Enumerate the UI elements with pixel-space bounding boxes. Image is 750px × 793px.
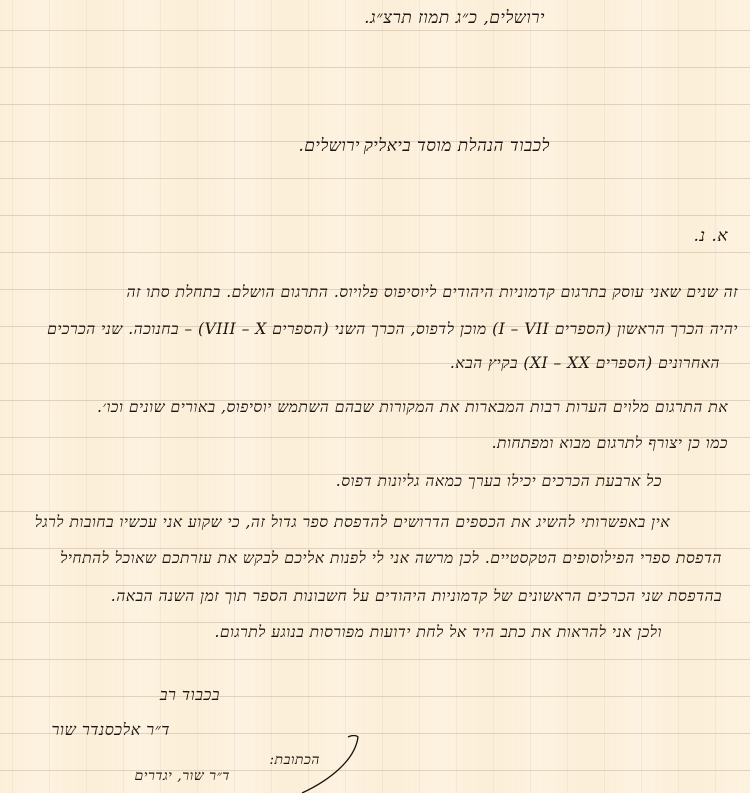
paragraph-2-line-2: כמו כן יצורף לתרגום מבוא ומפתחות. (492, 434, 728, 453)
paragraph-2-line-1: את התרגום מלוים הערות רבות המבארות את המ… (97, 398, 728, 417)
paragraph-1-line-2: יהיה הכרך הראשון (הספרים I – VII) מוכן ל… (47, 320, 738, 339)
paragraph-4-line-4: ולכן אני להראות את כתב היד אל לחת ידועות… (214, 623, 662, 642)
ruled-paper-background (0, 0, 750, 793)
salutation: א. נ. (694, 226, 728, 246)
addressee-city: ירושלים. (298, 136, 360, 156)
paragraph-4-line-3: בהדפסת שני הכרכים הראשונים של קדמוניות ה… (111, 587, 722, 606)
date-line: ירושלים, כ״ג תמוז תרצ״ג. (364, 8, 545, 28)
paragraph-4-line-1: אין באפשרותי להשיג את הכספים הדרושים להד… (35, 513, 670, 532)
closing: בכבוד רב (160, 685, 220, 705)
paragraph-1-line-3: האחרונים (הספרים XI – XX) בקיץ הבא. (450, 354, 720, 373)
paragraph-3-line-1: כל ארבעת הכרכים יכילו בערך כמאה גליונות … (336, 472, 662, 491)
paragraph-4-line-2: הדפסת ספרי הפילוסופים הטקסטיים. לכן מרשה… (60, 549, 722, 568)
addressee-to: לכבוד הנהלת מוסד ביאליק (364, 136, 550, 156)
paragraph-1-line-1: זה שנים שאני עוסק בתרגום קדמוניות היהודי… (126, 283, 738, 302)
signature: ד״ר אלכסנדר שור (52, 720, 170, 740)
signature-flourish (300, 735, 380, 793)
address-note-value: ד״ר שור, יגדרים (135, 768, 230, 785)
